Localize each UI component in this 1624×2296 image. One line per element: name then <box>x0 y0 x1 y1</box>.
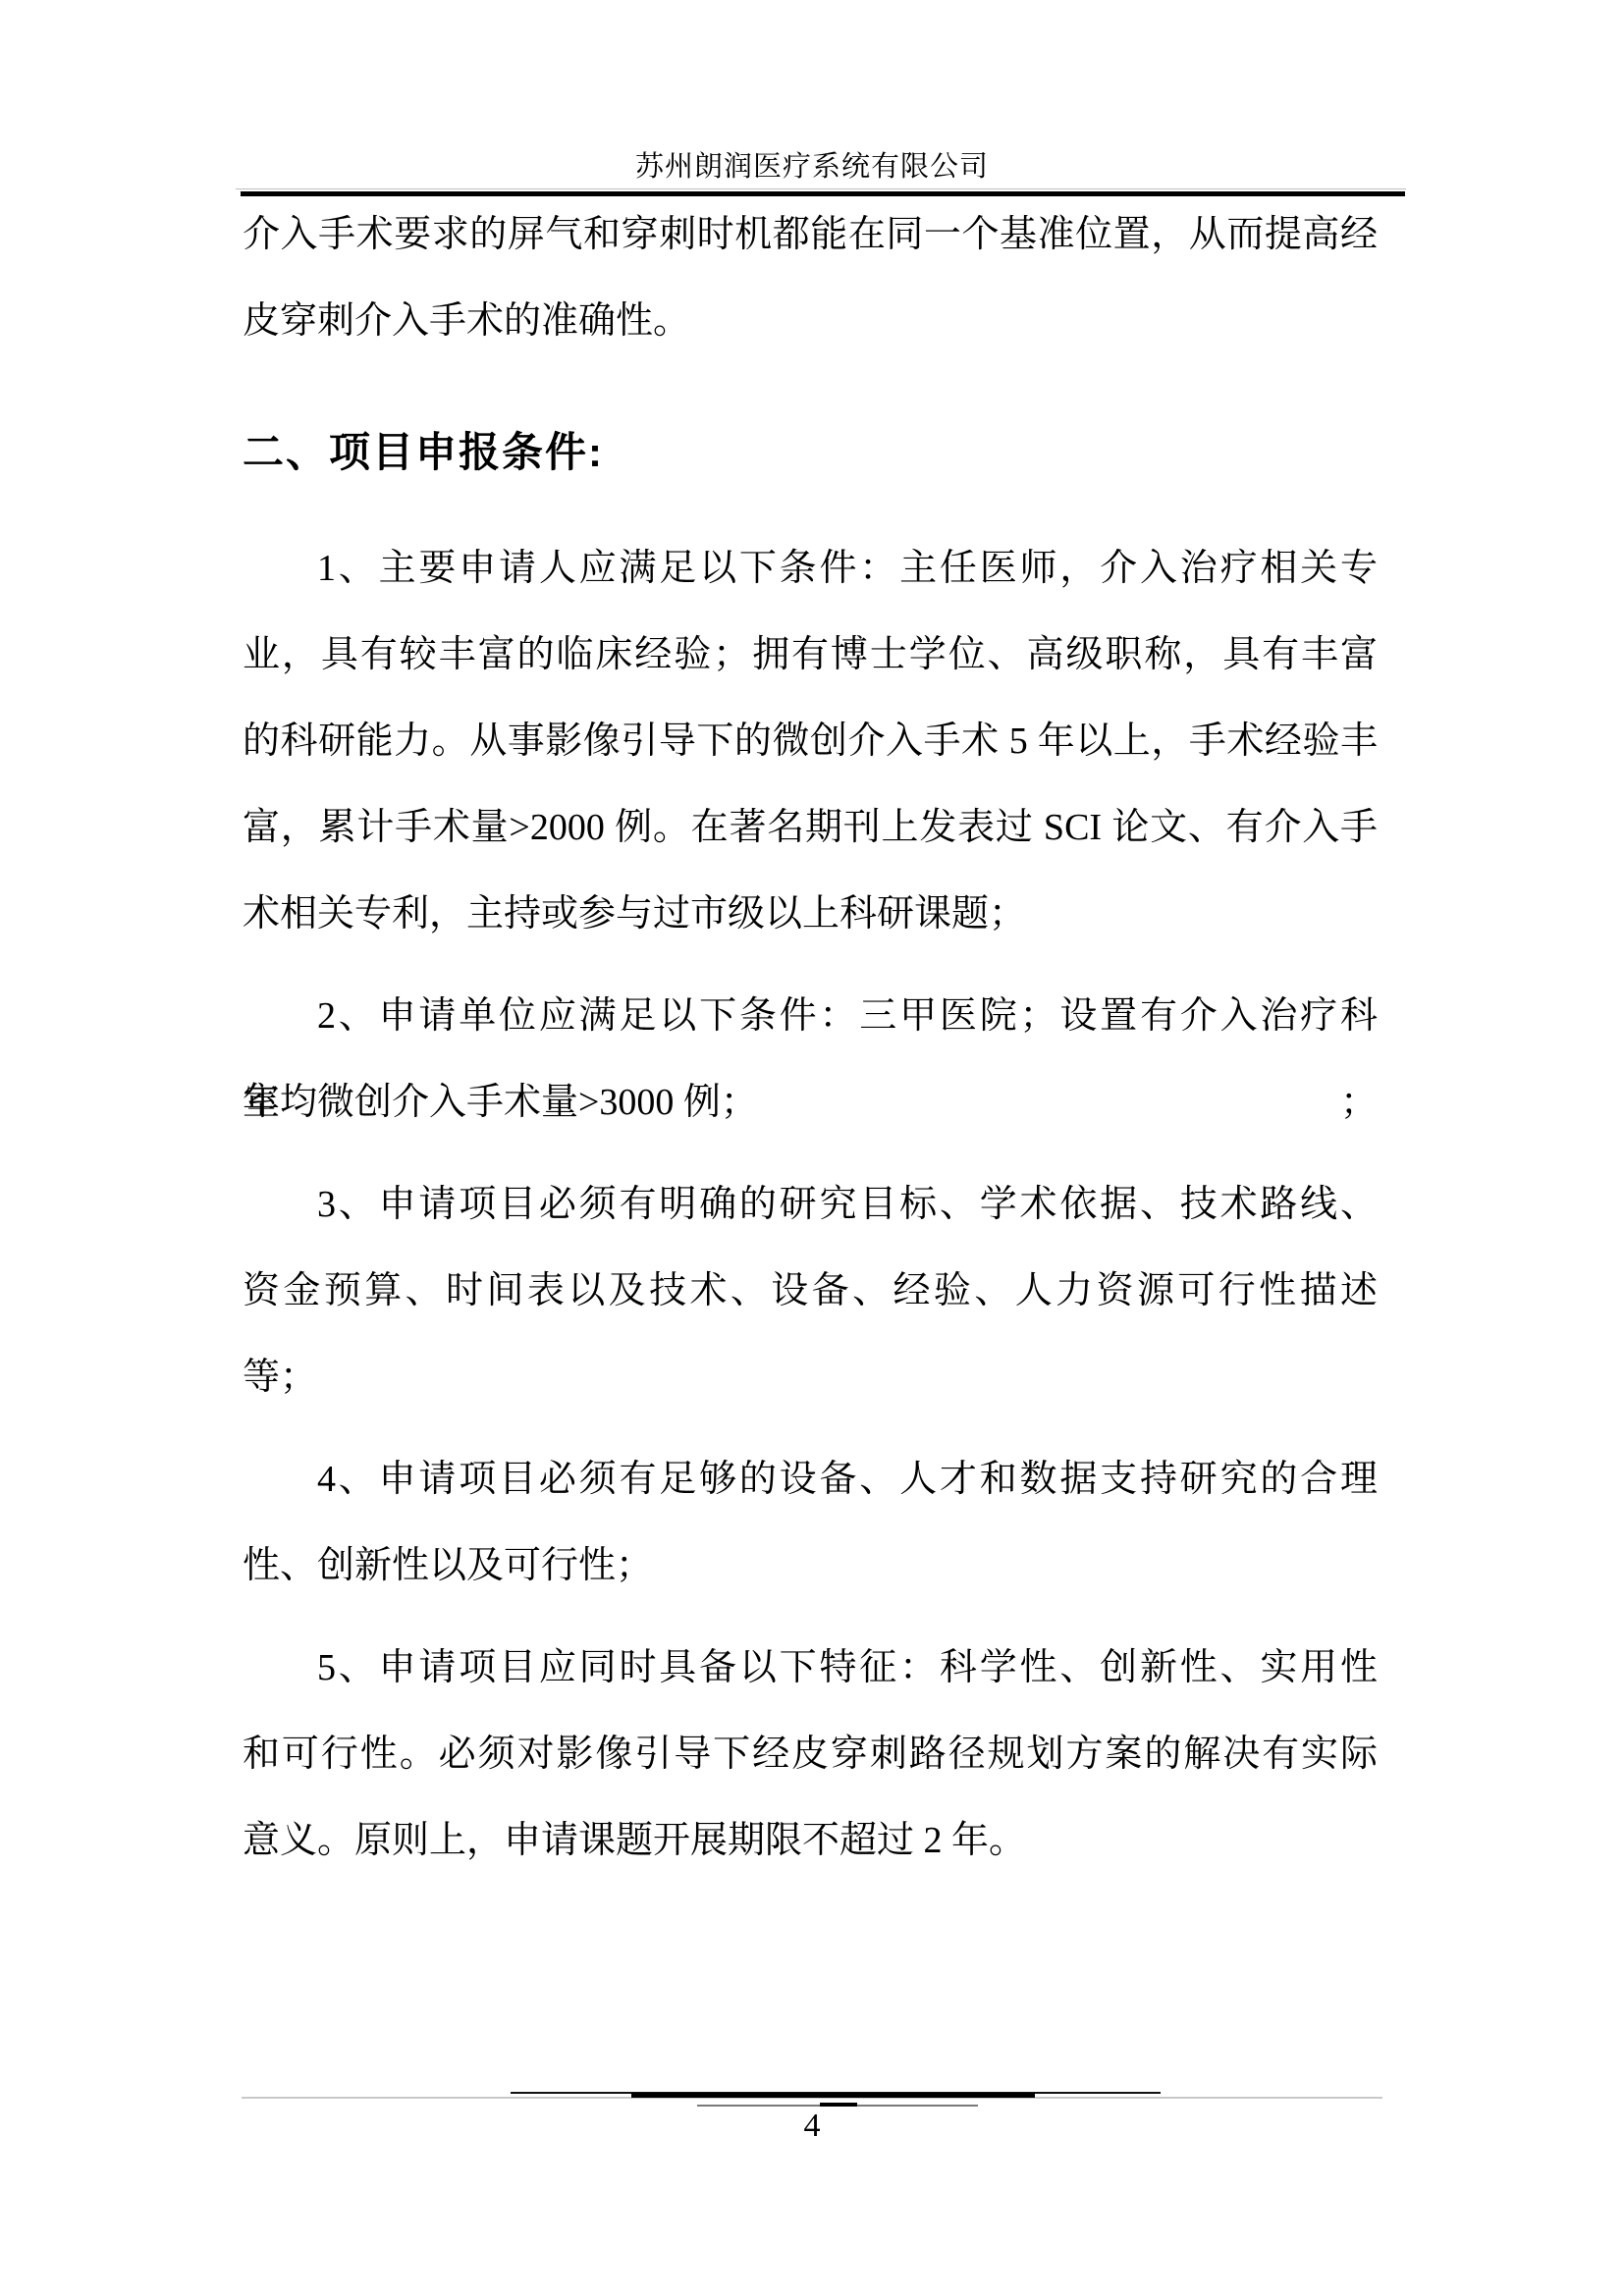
body-line: 皮穿刺介入手术的准确性。 <box>243 278 1378 364</box>
body-line: 4、申请项目必须有足够的设备、人才和数据支持研究的合理 <box>243 1436 1378 1522</box>
page-header-company: 苏州朗润医疗系统有限公司 <box>0 149 1624 185</box>
body-line: 介入手术要求的屏气和穿刺时机都能在同一个基准位置，从而提高经 <box>243 191 1378 278</box>
numbered-paragraph-1: 1、主要申请人应满足以下条件：主任医师，介入治疗相关专 业，具有较丰富的临床经验… <box>243 525 1378 957</box>
body-line: 富，累计手术量>2000 例。在著名期刊上发表过 SCI 论文、有介入手 <box>243 784 1378 871</box>
body-line: 的科研能力。从事影像引导下的微创介入手术 5 年以上，手术经验丰 <box>243 698 1378 784</box>
body-line: 性、创新性以及可行性； <box>243 1522 1378 1609</box>
footer-rule-thick <box>631 2093 1035 2098</box>
header-rule-faint <box>236 188 1406 189</box>
document-body: 介入手术要求的屏气和穿刺时机都能在同一个基准位置，从而提高经 皮穿刺介入手术的准… <box>243 191 1378 1884</box>
body-line: 3、申请项目必须有明确的研究目标、学术依据、技术路线、 <box>243 1161 1378 1248</box>
document-page: 苏州朗润医疗系统有限公司 介入手术要求的屏气和穿刺时机都能在同一个基准位置，从而… <box>0 0 1624 2296</box>
section-heading: 二、项目申报条件: <box>243 423 1378 482</box>
body-line: 和可行性。必须对影像引导下经皮穿刺路径规划方案的解决有实际 <box>243 1711 1378 1797</box>
body-line: 资金预算、时间表以及技术、设备、经验、人力资源可行性描述 <box>243 1248 1378 1334</box>
body-line: 2、申请单位应满足以下条件：三甲医院；设置有介入治疗科室； <box>243 973 1378 1059</box>
numbered-paragraph-3: 3、申请项目必须有明确的研究目标、学术依据、技术路线、 资金预算、时间表以及技术… <box>243 1161 1378 1420</box>
page-number: 4 <box>0 2107 1624 2146</box>
numbered-paragraph-4: 4、申请项目必须有足够的设备、人才和数据支持研究的合理 性、创新性以及可行性； <box>243 1436 1378 1609</box>
body-line: 意义。原则上，申请课题开展期限不超过 2 年。 <box>243 1797 1378 1884</box>
body-line: 5、申请项目应同时具备以下特征：科学性、创新性、实用性 <box>243 1625 1378 1711</box>
numbered-paragraph-2: 2、申请单位应满足以下条件：三甲医院；设置有介入治疗科室； 年均微创介入手术量>… <box>243 973 1378 1146</box>
body-line: 业，具有较丰富的临床经验；拥有博士学位、高级职称，具有丰富 <box>243 612 1378 698</box>
body-line: 1、主要申请人应满足以下条件：主任医师，介入治疗相关专 <box>243 525 1378 612</box>
body-line: 等； <box>243 1334 1378 1420</box>
numbered-paragraph-5: 5、申请项目应同时具备以下特征：科学性、创新性、实用性 和可行性。必须对影像引导… <box>243 1625 1378 1884</box>
body-line: 术相关专利，主持或参与过市级以上科研课题； <box>243 871 1378 957</box>
